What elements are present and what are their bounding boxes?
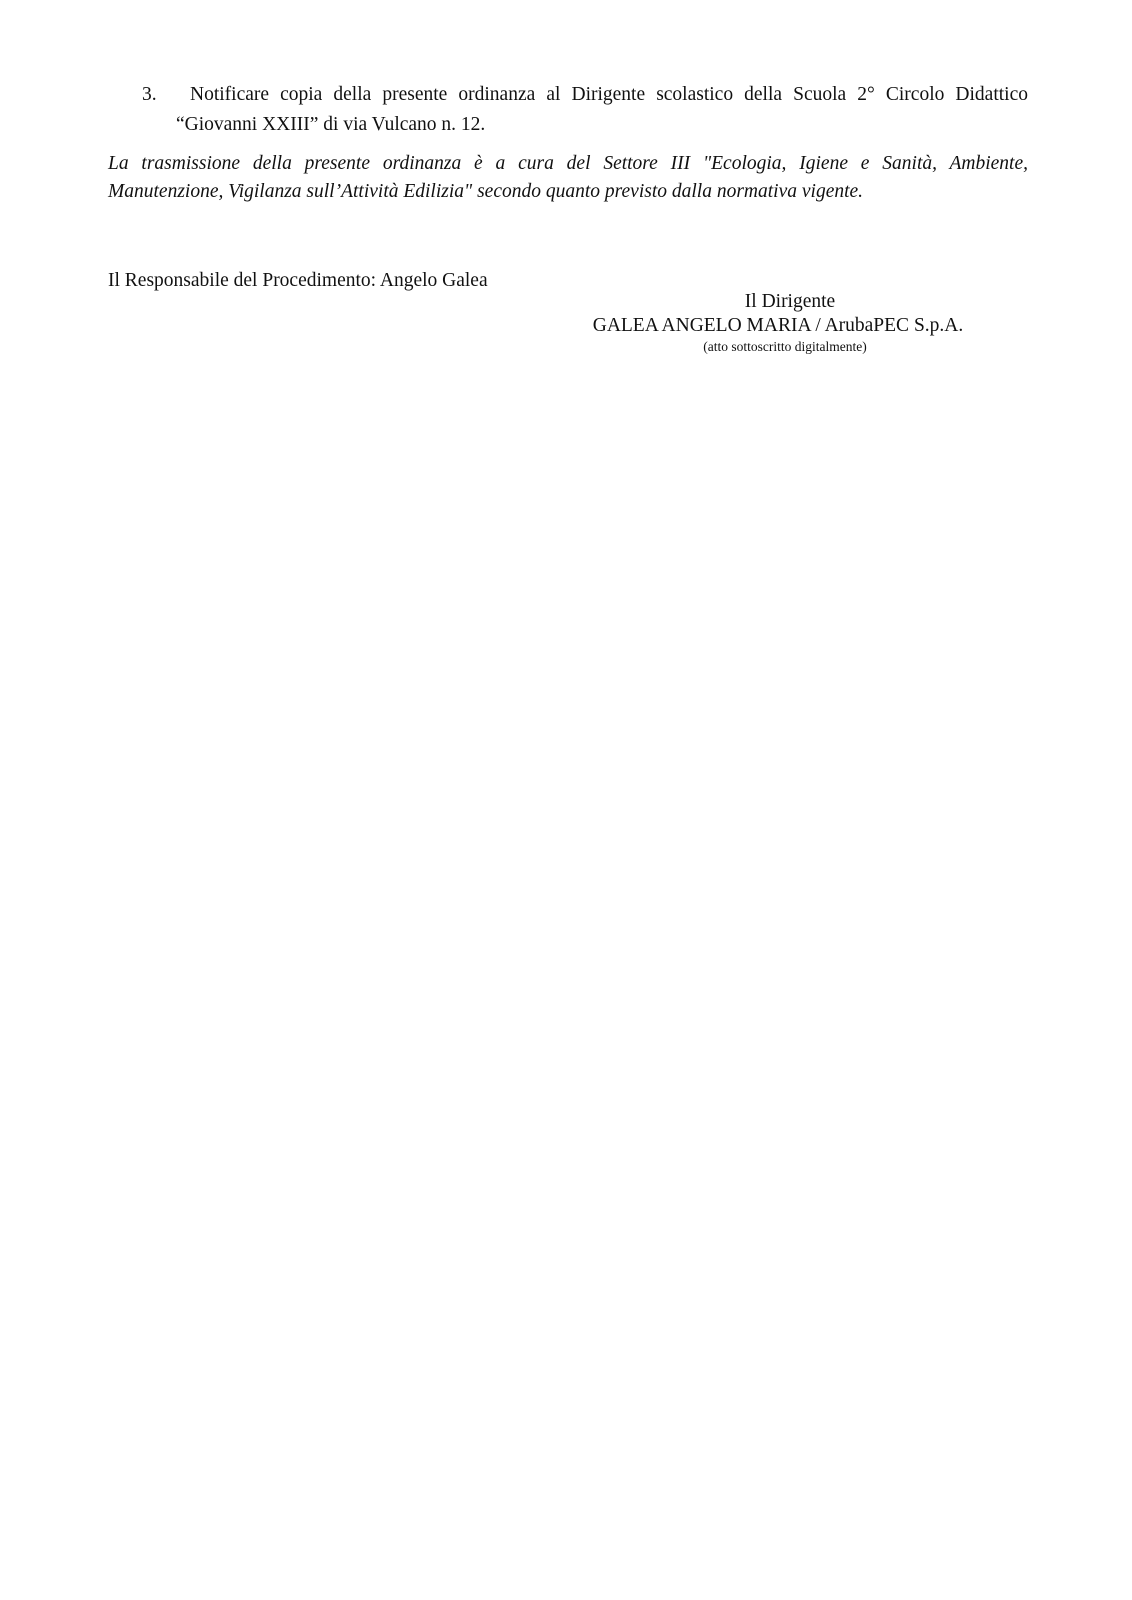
signature-block: Il Dirigente GALEA ANGELO MARIA / ArubaP… xyxy=(580,290,1000,356)
item-text: Notificare copia della presente ordinanz… xyxy=(190,80,1028,140)
signature-role: Il Dirigente xyxy=(580,290,1000,314)
item-text-line-2: “Giovanni XXIII” di via Vulcano n. 12. xyxy=(176,110,1028,140)
item-number: 3. xyxy=(142,80,157,110)
procedure-manager: Il Responsabile del Procedimento: Angelo… xyxy=(108,268,488,294)
ordinance-item-3: 3. Notificare copia della presente ordin… xyxy=(108,80,1028,140)
transmission-note-line-1: La trasmissione della presente ordinanza… xyxy=(108,150,1028,178)
signature-name: GALEA ANGELO MARIA / ArubaPEC S.p.A. xyxy=(556,314,1000,338)
transmission-note-line-2: Manutenzione, Vigilanza sull’Attività Ed… xyxy=(108,178,1028,206)
transmission-note: La trasmissione della presente ordinanza… xyxy=(108,150,1028,206)
item-text-line-1: Notificare copia della presente ordinanz… xyxy=(190,80,1028,110)
document-page: 3. Notificare copia della presente ordin… xyxy=(0,0,1132,1600)
digital-signature-note: (atto sottoscritto digitalmente) xyxy=(570,338,1000,356)
